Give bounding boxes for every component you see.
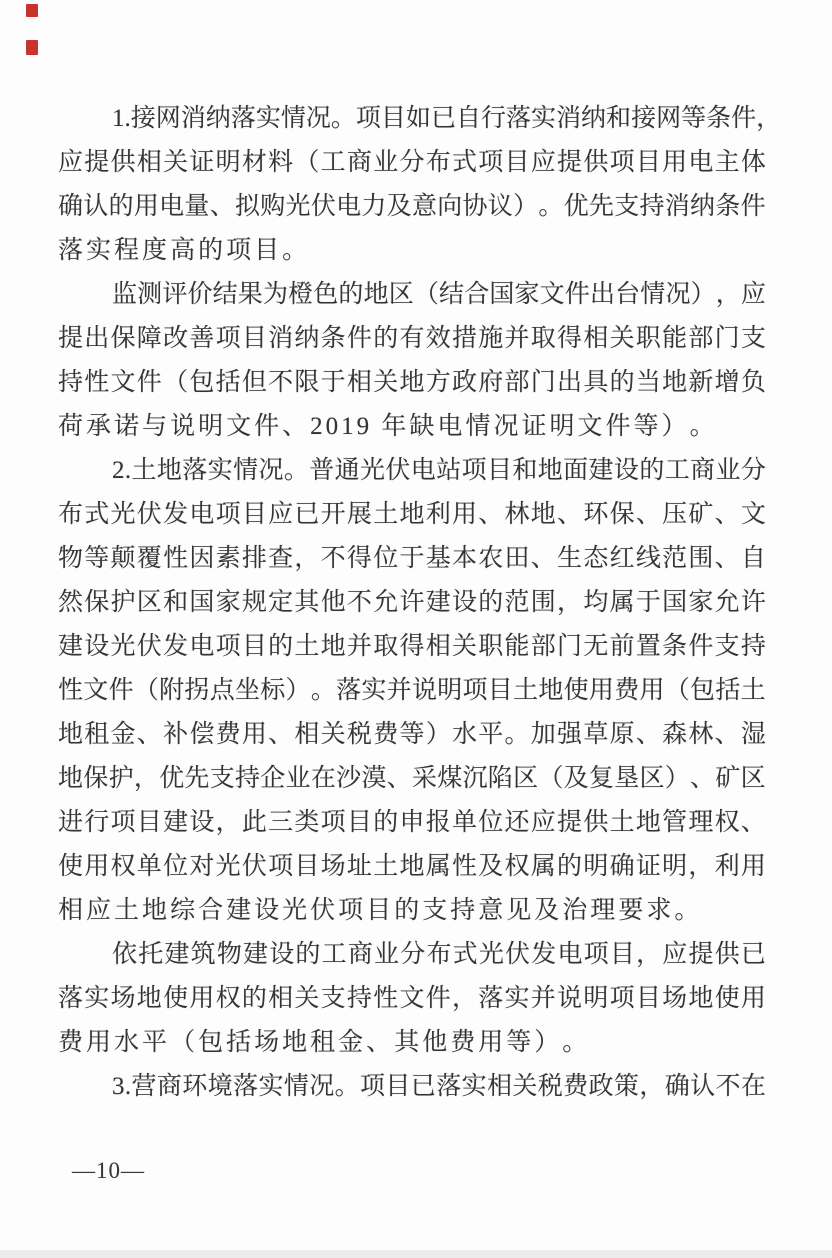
text-line: 落实场地使用权的相关支持性文件，落实并说明项目场地使用: [58, 977, 766, 1021]
text-line: 相应土地综合建设光伏项目的支持意见及治理要求。: [58, 889, 766, 933]
red-stamp-fragment-icon: [26, 40, 38, 55]
text-line: 2.土地落实情况。普通光伏电站项目和地面建设的工商业分: [58, 449, 766, 493]
document-page: 1.接网消纳落实情况。项目如已自行落实消纳和接网等条件， 应提供相关证明材料（工…: [0, 0, 832, 1258]
document-text: 1.接网消纳落实情况。项目如已自行落实消纳和接网等条件， 应提供相关证明材料（工…: [58, 97, 766, 1109]
text-line: 建设光伏发电项目的土地并取得相关职能部门无前置条件支持: [58, 625, 766, 669]
text-line: 监测评价结果为橙色的地区（结合国家文件出台情况），应: [58, 273, 766, 317]
page-number: —10—: [72, 1158, 145, 1184]
text-line: 进行项目建设，此三类项目的申报单位还应提供土地管理权、: [58, 801, 766, 845]
text-line: 提出保障改善项目消纳条件的有效措施并取得相关职能部门支: [58, 317, 766, 361]
text-line: 然保护区和国家规定其他不允许建设的范围，均属于国家允许: [58, 581, 766, 625]
text-line: 使用权单位对光伏项目场址土地属性及权属的明确证明，利用: [58, 845, 766, 889]
text-line: 地保护，优先支持企业在沙漠、采煤沉陷区（及复垦区）、矿区: [58, 757, 766, 801]
text-line: 布式光伏发电项目应已开展土地利用、林地、环保、压矿、文: [58, 493, 766, 537]
text-line: 确认的用电量、拟购光伏电力及意向协议）。优先支持消纳条件: [58, 185, 766, 229]
text-line: 应提供相关证明材料（工商业分布式项目应提供项目用电主体: [58, 141, 766, 185]
text-line: 性文件（附拐点坐标）。落实并说明项目土地使用费用（包括土: [58, 669, 766, 713]
paragraph-monitoring-orange: 监测评价结果为橙色的地区（结合国家文件出台情况），应 提出保障改善项目消纳条件的…: [58, 273, 766, 449]
paragraph-business-environment: 3.营商环境落实情况。项目已落实相关税费政策，确认不在: [58, 1065, 766, 1109]
text-line: 落实程度高的项目。: [58, 229, 766, 273]
paragraph-grid-connection: 1.接网消纳落实情况。项目如已自行落实消纳和接网等条件， 应提供相关证明材料（工…: [58, 97, 766, 273]
red-stamp-fragment-icon: [26, 4, 38, 17]
text-line: 依托建筑物建设的工商业分布式光伏发电项目，应提供已: [58, 933, 766, 977]
text-line: 荷承诺与说明文件、2019 年缺电情况证明文件等）。: [58, 405, 766, 449]
text-line: 费用水平（包括场地租金、其他费用等）。: [58, 1021, 766, 1065]
paragraph-building-based-pv: 依托建筑物建设的工商业分布式光伏发电项目，应提供已 落实场地使用权的相关支持性文…: [58, 933, 766, 1065]
text-line: 持性文件（包括但不限于相关地方政府部门出具的当地新增负: [58, 361, 766, 405]
text-line: 3.营商环境落实情况。项目已落实相关税费政策，确认不在: [58, 1065, 766, 1109]
paragraph-land-implementation: 2.土地落实情况。普通光伏电站项目和地面建设的工商业分 布式光伏发电项目应已开展…: [58, 449, 766, 933]
text-line: 物等颠覆性因素排查，不得位于基本农田、生态红线范围、自: [58, 537, 766, 581]
scan-edge-shadow: [0, 1250, 832, 1258]
text-line: 1.接网消纳落实情况。项目如已自行落实消纳和接网等条件，: [58, 97, 766, 141]
text-line: 地租金、补偿费用、相关税费等）水平。加强草原、森林、湿: [58, 713, 766, 757]
